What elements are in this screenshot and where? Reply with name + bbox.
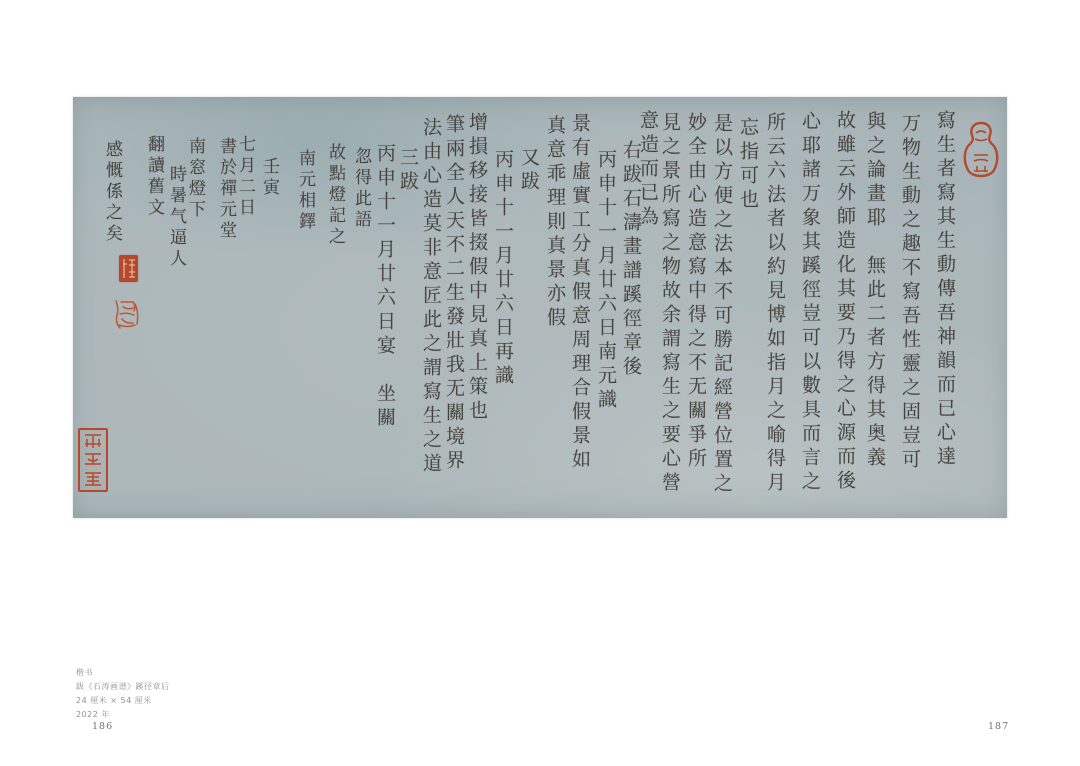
calligraphy-column: 故點燈記之	[326, 143, 343, 248]
calligraphy-column: 丙申十一月廿六日宴 坐關	[375, 143, 394, 431]
calligraphy-column: 是以方便之法本不可勝記經營位置之	[712, 113, 731, 497]
square-seal	[119, 255, 138, 282]
calligraphy-column: 與之論畫耶 無此二者方得其奥義	[865, 111, 884, 471]
calligraphy-column: 時暑气逼人	[167, 165, 184, 270]
calligraphy-column: 忘指可也	[738, 117, 757, 213]
calligraphy-column: 丙申十一月廿六日再識	[493, 149, 512, 389]
calligraphy-column: 感慨係之矣	[103, 140, 120, 245]
calligraphy-column: 三跋	[398, 147, 417, 195]
caption-title: 跋《石涛画谱》蹊径章后	[76, 680, 170, 694]
calligraphy-column: 翻讀舊文	[145, 135, 162, 219]
calligraphy-column: 法由心造莫非意匠此之謂寫生之道	[421, 117, 440, 477]
calligraphy-column: 所云六法者以約見博如指月之喻得月	[765, 112, 784, 496]
calligraphy-column: 書於禪元堂	[217, 137, 234, 242]
calligraphy-column: 心耶諸万象其蹊徑豈可以數具而言之	[800, 111, 819, 495]
caption-script-type: 楷书	[76, 666, 170, 680]
artwork-caption: 楷书 跋《石涛画谱》蹊径章后 24 厘米 × 54 厘米 2022 年	[76, 666, 170, 722]
caption-year: 2022 年	[76, 708, 170, 722]
caption-dimensions: 24 厘米 × 54 厘米	[76, 694, 170, 708]
page-number-left: 186	[92, 721, 113, 732]
calligraphy-column: 南元相鐸	[296, 149, 313, 233]
book-page: 寫生者寫其生動傳吾神韻而已心達万物生動之趣不寫吾性靈之固豈可與之論畫耶 無此二者…	[0, 0, 1080, 766]
calligraphy-column: 景有虛實工分真假意周理合假景如	[570, 113, 589, 473]
studio-seal	[78, 428, 108, 492]
calligraphy-column: 筆兩全人天不二生發壯我无關境界	[444, 114, 463, 474]
calligraphy-column: 寫生者寫其生動傳吾神韻而已心達	[935, 110, 954, 470]
calligraphy-column: 七月二日	[236, 135, 253, 219]
calligraphy-artwork: 寫生者寫其生動傳吾神韻而已心達万物生動之趣不寫吾性靈之固豈可與之論畫耶 無此二者…	[73, 97, 1007, 518]
calligraphy-column: 丙申十一月廿六日南元識	[596, 149, 615, 413]
calligraphy-column: 見之景所寫之物故余謂寫生之要心營	[660, 112, 679, 496]
calligraphy-column: 增損移接皆掇假中見真上策也	[467, 112, 486, 424]
calligraphy-column: 妙全由心造意寫中得之不无關爭所	[686, 112, 705, 472]
calligraphy-column: 故雖云外師造化其要乃得之心源而後	[835, 110, 854, 494]
calligraphy-column: 壬寅	[260, 157, 277, 199]
calligraphy-column: 右跋石濤畫譜蹊徑章後	[621, 140, 640, 380]
calligraphy-column: 忽得此語	[352, 147, 369, 231]
calligraphy-column: 又跋	[519, 147, 538, 195]
calligraphy-column: 真意乖理則真景亦假	[545, 115, 564, 331]
calligraphy-column: 万物生動之趣不寫吾性靈之固豈可	[900, 113, 919, 473]
gourd-seal	[961, 121, 1001, 183]
calligraphy-column: 南窓燈下	[186, 137, 203, 221]
carved-seal	[113, 298, 142, 331]
page-number-right: 187	[988, 721, 1009, 732]
